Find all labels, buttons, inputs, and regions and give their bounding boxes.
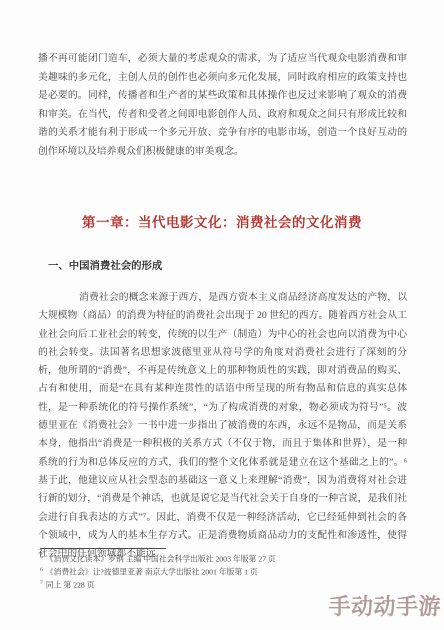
footnote: 5《消费文化读本》罗钢 主编 中国社会科学出版社 2003 年版第 27 页 [40, 552, 420, 565]
document-page: 播不再可能闭门造车，必须大量的考虑观众的需求，为了适应当代观众电影消费和审美趣味… [0, 0, 444, 630]
intro-paragraph: 播不再可能闭门造车，必须大量的考虑观众的需求，为了适应当代观众电影消费和审美趣味… [38, 50, 407, 162]
footnote-marker: 7 [40, 580, 43, 586]
watermark: 手动动手游 [328, 590, 441, 621]
footnote: 6《消费社会》让?波德里亚著 南京大学出版社 2001 年版第 1 页 [40, 565, 420, 578]
footnote: 7同上 第 228 页 [40, 578, 420, 591]
footnote-text: 同上 第 228 页 [46, 580, 95, 589]
footnotes-section: 5《消费文化读本》罗钢 主编 中国社会科学出版社 2003 年版第 27 页 6… [40, 552, 420, 590]
section-heading: 一、中国消费社会的形成 [48, 257, 162, 272]
footnote-text: 《消费社会》让?波德里亚著 南京大学出版社 2001 年版第 1 页 [46, 567, 258, 576]
footnote-text: 《消费文化读本》罗钢 主编 中国社会科学出版社 2003 年版第 27 页 [46, 555, 276, 564]
body-paragraph: 消费社会的概念来源于西方，是西方资本主义商品经济高度发达的产物，以大规模物（商品… [38, 289, 407, 563]
footnote-divider [40, 548, 166, 549]
footnote-marker: 5 [40, 554, 43, 560]
chapter-heading: 第一章：当代电影文化：消费社会的文化消费 [0, 211, 444, 231]
footnote-marker: 6 [40, 567, 43, 573]
